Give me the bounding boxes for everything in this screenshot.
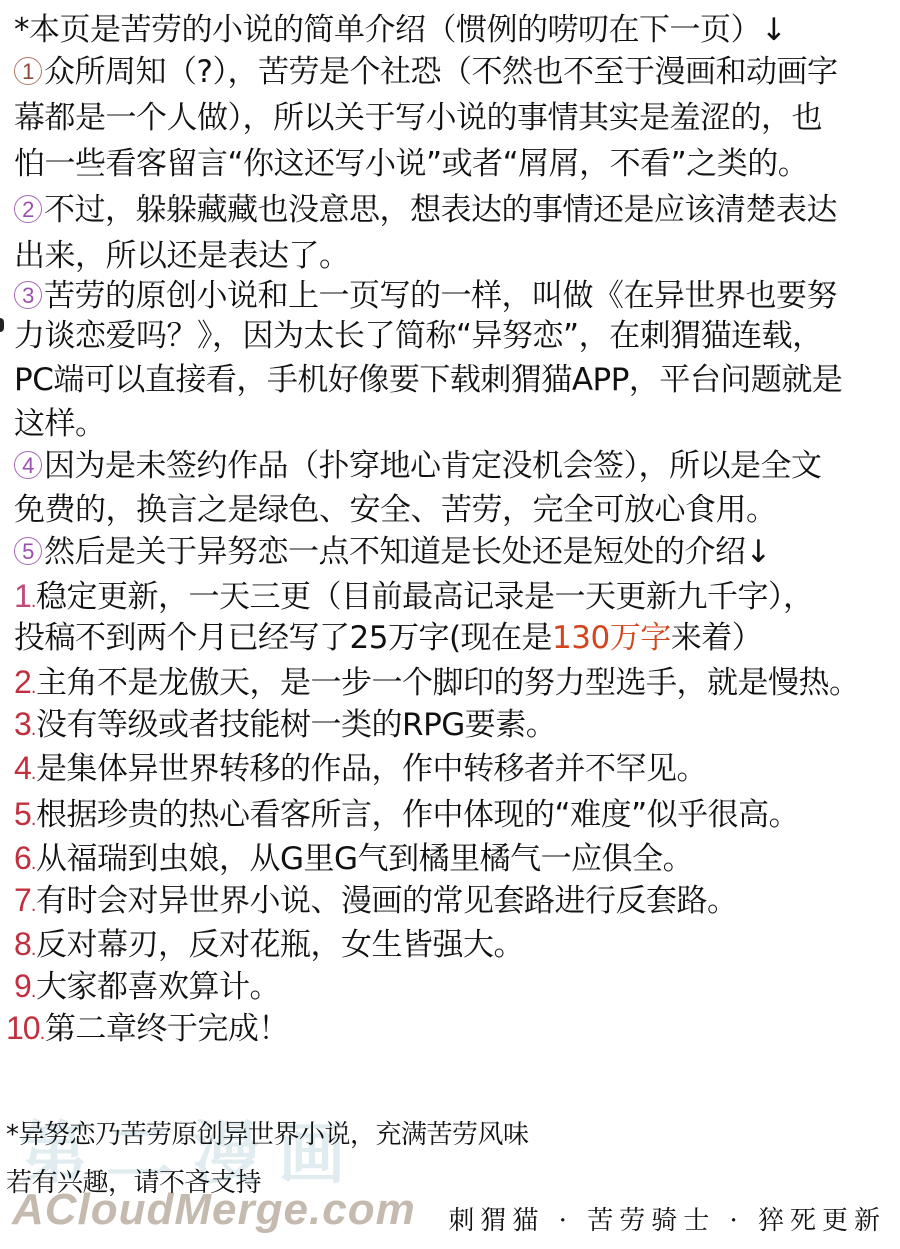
list-number: 4 [14, 750, 31, 786]
footer-note-line-2: 若有兴趣，请不吝支持 [6, 1166, 261, 1200]
list-number: 10 [6, 1010, 40, 1046]
edge-mark [0, 318, 4, 332]
circled-number-3: 3 [14, 281, 42, 309]
novel-intro-page: *本页是苦劳的小说的简单介绍（惯例的唠叨在下一页）↓ 1众所周知（?），苦劳是个… [0, 0, 900, 1249]
circled-number-4: 4 [14, 451, 42, 479]
feature-item-3: 3.没有等级或者技能树一类的RPG要素。 [14, 704, 556, 750]
feature-item-4: 4.是集体异世界转移的作品，作中转移者并不罕见。 [14, 748, 707, 794]
list-number: 3 [14, 706, 31, 742]
author-signature: 刺猬猫 · 苦劳骑士 · 猝死更新 [448, 1200, 886, 1237]
feature-item-8: 8.反对幕刃，反对花瓶，女生皆强大。 [14, 924, 524, 970]
section-3-line-3: PC端可以直接看，手机好像要下载刺猬猫APP，平台问题就是 [14, 360, 842, 400]
section-3-line-2: 力谈恋爱吗？》，因为太长了简称“异努恋”，在刺猬猫连载， [14, 316, 823, 356]
feature-item-6: 6.从福瑞到虫娘，从G里G气到橘里橘气一应俱全。 [14, 838, 693, 884]
list-number: 9 [14, 968, 31, 1004]
highlight-word-count: 130万字 [552, 620, 671, 656]
section-1-line-1: 1众所周知（?），苦劳是个社恐（不然也不至于漫画和动画字 [14, 52, 837, 92]
feature-item-7: 7.有时会对异世界小说、漫画的常见套路进行反套路。 [14, 880, 738, 926]
footer-note-line-1: *异努恋乃苦劳原创异世界小说，充满苦劳风味 [6, 1118, 529, 1152]
section-1-line-3: 怕一些看客留言“你这还写小说”或者“屑屑，不看”之类的。 [14, 144, 808, 184]
section-3-line-4: 这样。 [14, 404, 106, 444]
section-5-line-1: 5然后是关于异努恋一点不知道是长处还是短处的介绍↓ [14, 532, 771, 572]
feature-item-2: 2.主角不是龙傲天，是一步一个脚印的努力型选手，就是慢热。 [14, 662, 860, 708]
list-number: 2 [14, 664, 31, 700]
feature-item-10: 10.第二章终于完成！ [6, 1008, 289, 1054]
list-number: 5 [14, 796, 31, 832]
circled-number-5: 5 [14, 537, 42, 565]
feature-item-9: 9.大家都喜欢算计。 [14, 966, 280, 1012]
feature-item-1-continued: 投稿不到两个月已经写了25万字(现在是130万字来着） [14, 618, 762, 658]
feature-item-1: 1.稳定更新，一天三更（目前最高记录是一天更新九千字）， [14, 576, 814, 622]
list-number: 1 [14, 578, 31, 614]
section-2-line-2: 出来，所以还是表达了。 [14, 236, 350, 276]
circled-number-1: 1 [14, 57, 42, 85]
list-number: 6 [14, 840, 31, 876]
feature-item-5: 5.根据珍贵的热心看客所言，作中体现的“难度”似乎很高。 [14, 794, 799, 840]
section-3-line-1: 3苦劳的原创小说和上一页写的一样，叫做《在异世界也要努 [14, 276, 837, 316]
intro-heading: *本页是苦劳的小说的简单介绍（惯例的唠叨在下一页）↓ [14, 10, 786, 50]
list-number: 8 [14, 926, 31, 962]
list-number: 7 [14, 882, 31, 918]
circled-number-2: 2 [14, 195, 42, 223]
section-1-line-2: 幕都是一个人做），所以关于写小说的事情其实是羞涩的，也 [14, 98, 822, 138]
section-4-line-2: 免费的，换言之是绿色、安全、苦劳，完全可放心食用。 [14, 490, 777, 530]
section-2-line-1: 2不过，躲躲藏藏也没意思，想表达的事情还是应该清楚表达 [14, 190, 837, 230]
section-4-line-1: 4因为是未签约作品（扑穿地心肯定没机会签），所以是全文 [14, 446, 822, 486]
